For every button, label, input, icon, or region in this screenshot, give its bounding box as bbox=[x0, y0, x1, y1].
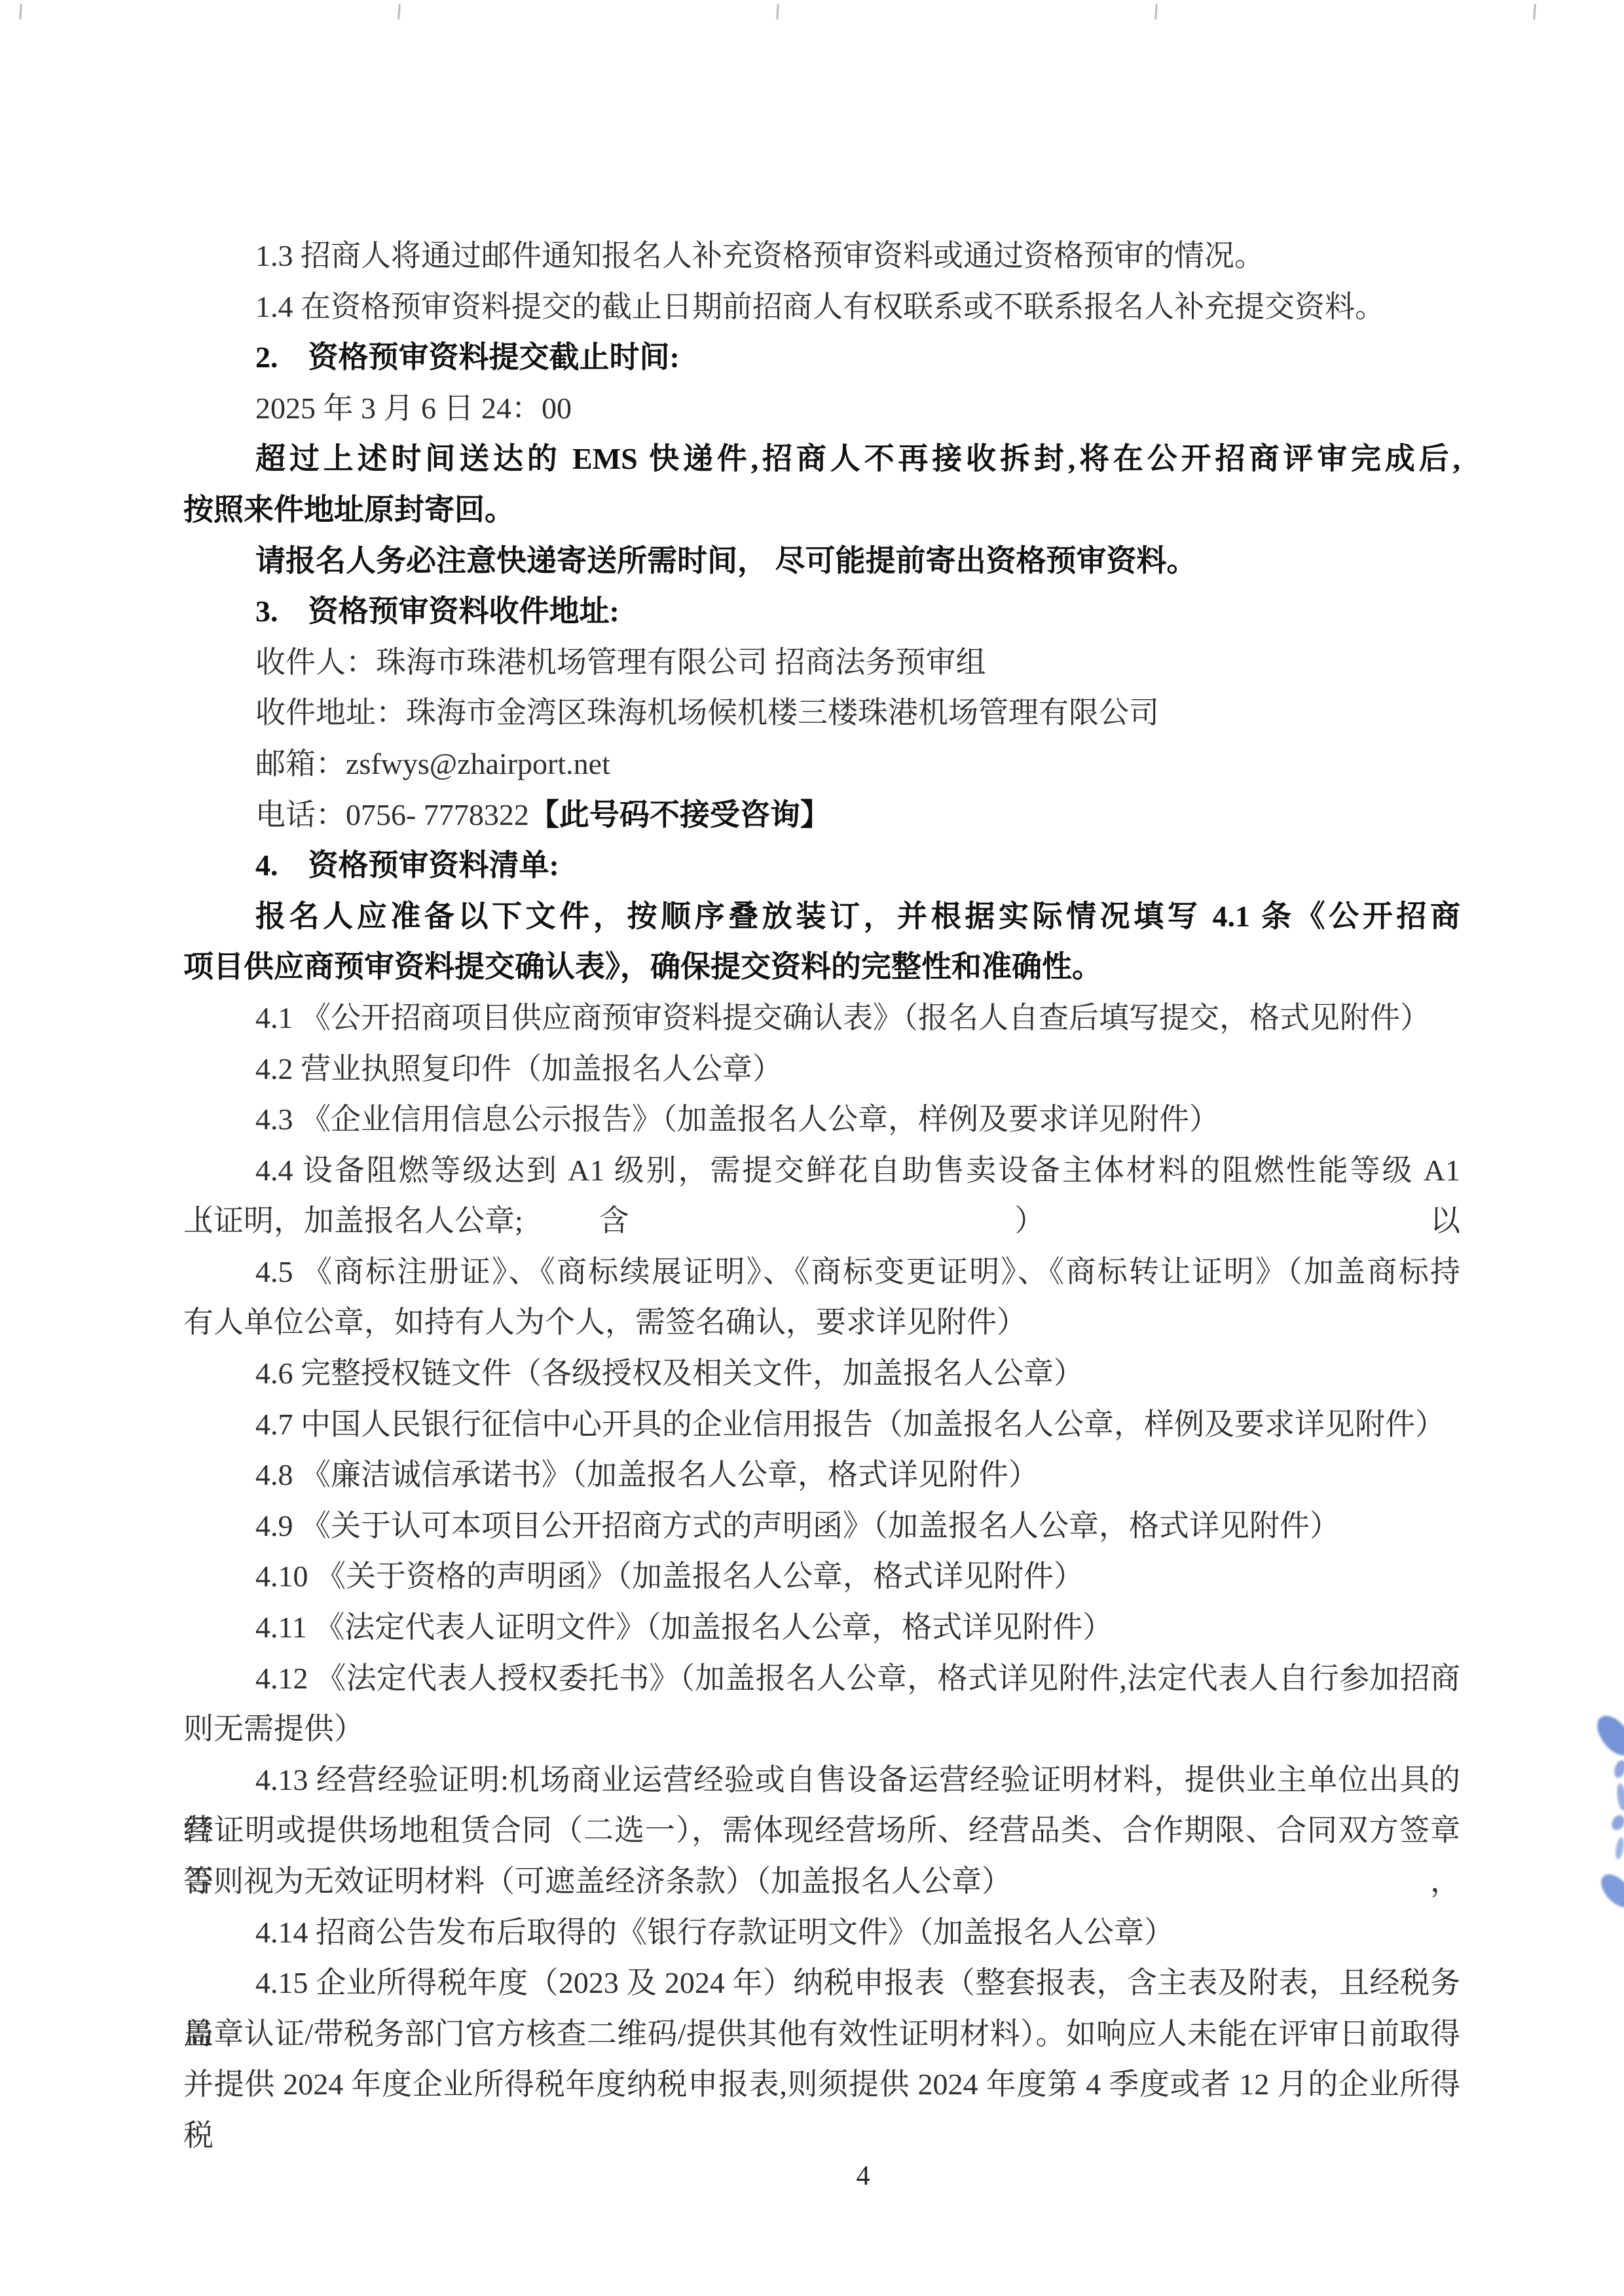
text-segment: 4.11 《法定代表人证明文件》（加盖报名人公章，格式详见附件） bbox=[255, 1611, 1113, 1644]
text-segment: 盖章认证/带税务部门官方核查二维码/提供其他有效性证明材料）。如响应人未能在评审… bbox=[183, 2017, 1460, 2050]
document-line: 1.4 在资格预审资料提交的截止日期前招商人有权联系或不联系报名人补充提交资料。 bbox=[183, 282, 1460, 333]
text-segment: 4.3 《企业信用信息公示报告》（加盖报名人公章，样例及要求详见附件） bbox=[255, 1102, 1219, 1136]
document-line: 则无需提供） bbox=[183, 1704, 1460, 1755]
document-line: 报名人应准备以下文件，按顺序叠放装订，并根据实际情况填写 4.1 条《公开招商 bbox=[183, 891, 1460, 942]
document-line: 4.8 《廉洁诚信承诺书》（加盖报名人公章，格式详见附件） bbox=[183, 1449, 1460, 1501]
scan-speck bbox=[1533, 4, 1536, 20]
text-segment: 报名人应准备以下文件，按顺序叠放装订，并根据实际情况填写 4.1 条《公开招商 bbox=[255, 900, 1460, 933]
document-line: 4.13 经营经验证明:机场商业运营经验或自售设备运营经验证明材料，提供业主单位… bbox=[183, 1755, 1460, 1806]
page-canvas: 1.3 招商人将通过邮件通知报名人补充资格预审资料或通过资格预审的情况。1.4 … bbox=[0, 0, 1624, 2296]
scan-speck bbox=[19, 4, 22, 20]
document-line: 请报名人务必注意快递寄送所需时间， 尽可能提前寄出资格预审资料。 bbox=[183, 536, 1460, 587]
scan-speck bbox=[1154, 4, 1158, 20]
text-segment: 电话：0756- 7778322 bbox=[255, 798, 529, 831]
ink-mark bbox=[1612, 1758, 1624, 1779]
text-segment: 4.14 招商公告发布后取得的《银行存款证明文件》（加盖报名人公章） bbox=[255, 1916, 1174, 1949]
document-line: 4.7 中国人民银行征信中心开具的企业信用报告（加盖报名人公章，样例及要求详见附… bbox=[183, 1399, 1460, 1450]
emphasis-text: 【此号码不接受咨询】 bbox=[529, 798, 830, 831]
document-line: 4.14 招商公告发布后取得的《银行存款证明文件》（加盖报名人公章） bbox=[183, 1907, 1460, 1958]
ink-mark bbox=[1591, 1709, 1624, 1762]
text-segment: 1.4 在资格预审资料提交的截止日期前招商人有权联系或不联系报名人补充提交资料。 bbox=[255, 290, 1385, 323]
text-segment: 2025 年 3 月 6 日 24：00 bbox=[255, 392, 572, 425]
document-line: 有人单位公章，如持有人为个人，需签名确认，要求详见附件） bbox=[183, 1297, 1460, 1348]
ink-mark bbox=[1615, 1783, 1624, 1811]
scanned-document-page: { "page": { "footer_page_number": "4" },… bbox=[0, 0, 1624, 2296]
text-segment: 4.8 《廉洁诚信承诺书》（加盖报名人公章，格式详见附件） bbox=[255, 1458, 1039, 1491]
text-segment: 4.9 《关于认可本项目公开招商方式的声明函》（加盖报名人公章，格式详见附件） bbox=[255, 1509, 1340, 1542]
text-segment: 请报名人务必注意快递寄送所需时间， 尽可能提前寄出资格预审资料。 bbox=[255, 544, 1197, 577]
text-segment: 4.1 《公开招商项目供应商预审资料提交确认表》（报名人自查后填写提交，格式见附… bbox=[255, 1001, 1430, 1034]
document-line: 收件人：珠海市珠港机场管理有限公司 招商法务预审组 bbox=[183, 637, 1460, 688]
document-line: 并提供 2024 年度企业所得税年度纳税申报表,则须提供 2024 年度第 4 … bbox=[183, 2059, 1460, 2110]
scan-speck bbox=[776, 4, 779, 20]
text-segment: 按照来件地址原封寄回。 bbox=[183, 493, 515, 526]
page-number: 4 bbox=[51, 2160, 1624, 2192]
document-line: 项目供应商预审资料提交确认表》，确保提交资料的完整性和准确性。 bbox=[183, 941, 1460, 993]
text-segment: 3. 资格预审资料收件地址: bbox=[255, 594, 619, 628]
ink-mark bbox=[1614, 1836, 1624, 1859]
text-segment: 则无需提供） bbox=[183, 1712, 364, 1745]
document-body: 1.3 招商人将通过邮件通知报名人补充资格预审资料或通过资格预审的情况。1.4 … bbox=[183, 230, 1460, 2110]
scan-speck bbox=[397, 4, 401, 20]
ink-mark bbox=[1609, 1813, 1624, 1832]
document-line: 收件地址：珠海市金湾区珠海机场候机楼三楼珠港机场管理有限公司 bbox=[183, 687, 1460, 738]
document-line: 4.3 《企业信用信息公示报告》（加盖报名人公章，样例及要求详见附件） bbox=[183, 1094, 1460, 1145]
document-line: 4.1 《公开招商项目供应商预审资料提交确认表》（报名人自查后填写提交，格式见附… bbox=[183, 993, 1460, 1044]
document-line: 盖章认证/带税务部门官方核查二维码/提供其他有效性证明材料）。如响应人未能在评审… bbox=[183, 2009, 1460, 2060]
document-line: 按照来件地址原封寄回。 bbox=[183, 484, 1460, 536]
text-segment: 项目供应商预审资料提交确认表》，确保提交资料的完整性和准确性。 bbox=[183, 950, 1102, 983]
text-segment: 4.6 完整授权链文件（各级授权及相关文件，加盖报名人公章） bbox=[255, 1357, 1084, 1390]
text-segment: 收件地址：珠海市金湾区珠海机场候机楼三楼珠港机场管理有限公司 bbox=[255, 696, 1159, 729]
document-line: 4.6 完整授权链文件（各级授权及相关文件，加盖报名人公章） bbox=[183, 1348, 1460, 1399]
text-segment: 4.10 《关于资格的声明函》（加盖报名人公章，格式详见附件） bbox=[255, 1559, 1084, 1593]
document-line: 4.12 《法定代表人授权委托书》（加盖报名人公章，格式详见附件,法定代表人自行… bbox=[183, 1653, 1460, 1704]
text-segment: 并提供 2024 年度企业所得税年度纳税申报表,则须提供 2024 年度第 4 … bbox=[183, 2068, 1460, 2152]
document-line: 4.5 《商标注册证》、《商标续展证明》、《商标变更证明》、《商标转让证明》（加… bbox=[183, 1247, 1460, 1298]
text-segment: 4.5 《商标注册证》、《商标续展证明》、《商标变更证明》、《商标转让证明》（加… bbox=[255, 1255, 1460, 1288]
text-segment: 有人单位公章，如持有人为个人，需签名确认，要求详见附件） bbox=[183, 1305, 1027, 1339]
document-line: 1.3 招商人将通过邮件通知报名人补充资格预审资料或通过资格预审的情况。 bbox=[183, 230, 1460, 282]
document-line: 4.10 《关于资格的声明函》（加盖报名人公章，格式详见附件） bbox=[183, 1551, 1460, 1602]
document-line: 营证明或提供场地租赁合同（二选一），需体现经营场所、经营品类、合作期限、合同双方… bbox=[183, 1805, 1460, 1856]
text-segment: 超过上述时间送达的 EMS 快递件,招商人不再接收拆封,将在公开招商评审完成后, bbox=[255, 442, 1460, 475]
document-line: 3. 资格预审资料收件地址: bbox=[183, 586, 1460, 637]
document-line: 4.9 《关于认可本项目公开招商方式的声明函》（加盖报名人公章，格式详见附件） bbox=[183, 1501, 1460, 1552]
document-line: 2. 资格预审资料提交截止时间: bbox=[183, 332, 1460, 383]
document-line: 4. 资格预审资料清单: bbox=[183, 840, 1460, 891]
text-segment: 4.2 营业执照复印件（加盖报名人公章） bbox=[255, 1052, 783, 1085]
document-line: 2025 年 3 月 6 日 24：00 bbox=[183, 383, 1460, 434]
text-segment: 4. 资格预审资料清单: bbox=[255, 848, 559, 882]
document-line: 超过上述时间送达的 EMS 快递件,招商人不再接收拆封,将在公开招商评审完成后, bbox=[183, 433, 1460, 484]
text-segment: 上证明，加盖报名人公章; bbox=[183, 1204, 523, 1237]
document-line: 4.15 企业所得税年度（2023 及 2024 年）纳税申报表（整套报表，含主… bbox=[183, 1958, 1460, 2009]
text-segment: 1.3 招商人将通过邮件通知报名人补充资格预审资料或通过资格预审的情况。 bbox=[255, 239, 1264, 272]
text-segment: 收件人：珠海市珠港机场管理有限公司 招商法务预审组 bbox=[255, 646, 986, 679]
document-line: 电话：0756- 7778322【此号码不接受咨询】 bbox=[183, 790, 1460, 841]
text-segment: 邮箱：zsfwys@zhairport.net bbox=[255, 747, 610, 780]
document-line: 4.4 设备阻燃等级达到 A1 级别，需提交鲜花自助售卖设备主体材料的阻燃性能等… bbox=[183, 1145, 1460, 1196]
text-segment: 2. 资格预审资料提交截止时间: bbox=[255, 340, 680, 374]
ink-mark bbox=[1595, 1868, 1624, 1912]
document-line: 邮箱：zsfwys@zhairport.net bbox=[183, 738, 1460, 790]
text-segment: 4.12 《法定代表人授权委托书》（加盖报名人公章，格式详见附件,法定代表人自行… bbox=[255, 1662, 1460, 1695]
document-line: 4.11 《法定代表人证明文件》（加盖报名人公章，格式详见附件） bbox=[183, 1602, 1460, 1653]
document-line: 4.2 营业执照复印件（加盖报名人公章） bbox=[183, 1044, 1460, 1095]
text-segment: 4.7 中国人民银行征信中心开具的企业信用报告（加盖报名人公章，样例及要求详见附… bbox=[255, 1408, 1445, 1441]
text-segment: 否则视为无效证明材料（可遮盖经济条款）（加盖报名人公章） bbox=[183, 1865, 1012, 1898]
